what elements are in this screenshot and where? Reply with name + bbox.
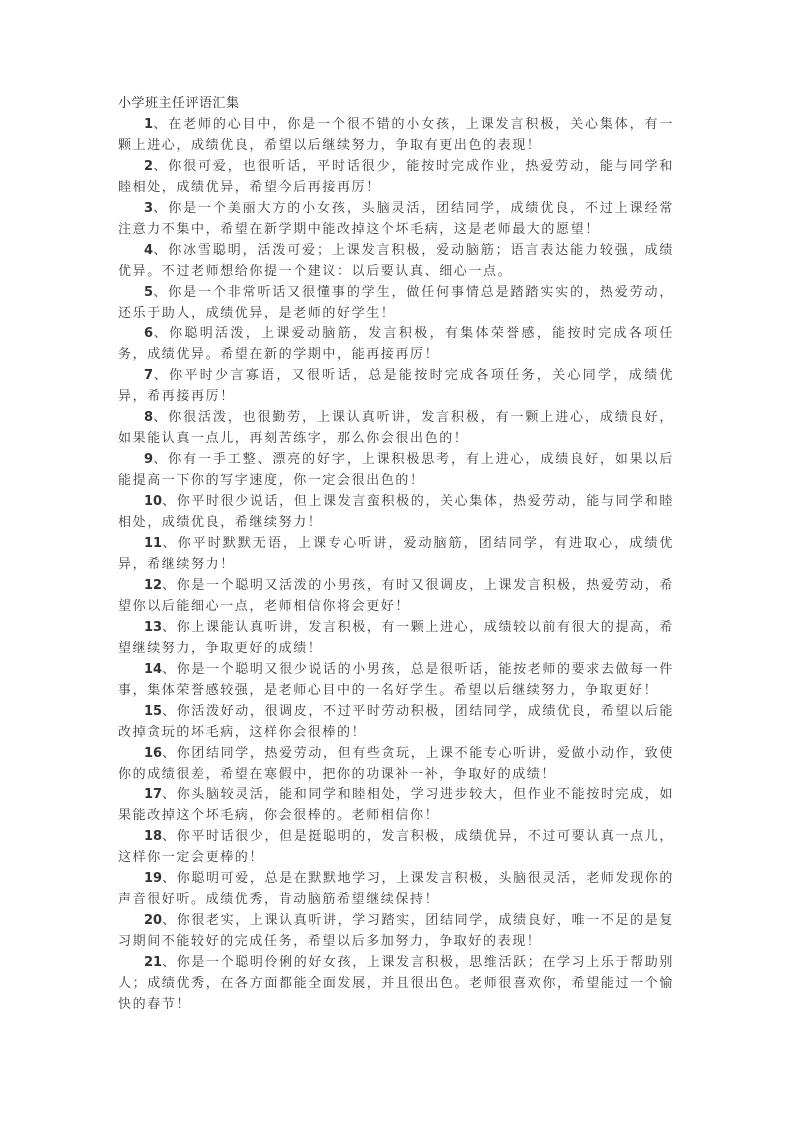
comment-list: 1、在老师的心目中，你是一个很不错的小女孩，上课发言积极，关心集体，有一颗上进心… xyxy=(118,115,674,1016)
comment-item: 20、你很老实，上课认真听讲，学习踏实，团结同学，成绩良好，唯一不足的是复习期间… xyxy=(118,911,674,953)
comment-item: 15、你活泼好动，很调皮，不过平时劳动积极，团结同学，成绩优良，希望以后能改掉贪… xyxy=(118,702,674,744)
comment-number: 5 xyxy=(144,285,153,300)
comment-text: 、你有一手工整、漂亮的好字，上课积极思考，有上进心，成绩良好，如果以后能提高一下… xyxy=(118,452,674,488)
comment-number: 20 xyxy=(144,913,162,928)
comment-number: 18 xyxy=(144,829,162,844)
comment-text: 、你团结同学，热爱劳动，但有些贪玩，上课不能专心听讲，爱做小动作，致使你的成绩很… xyxy=(118,746,674,782)
comment-item: 8、你很活泼，也很勤劳，上课认真听讲，发言积极，有一颗上进心，成绩良好，如果能认… xyxy=(118,408,674,450)
comment-item: 7、你平时少言寡语，又很听话，总是能按时完成各项任务，关心同学，成绩优异，希再接… xyxy=(118,366,674,408)
comment-number: 9 xyxy=(144,452,153,467)
comment-number: 4 xyxy=(144,243,153,258)
comment-item: 3、你是一个美丽大方的小女孩，头脑灵活，团结同学，成绩优良，不过上课经常注意力不… xyxy=(118,199,674,241)
document-title: 小学班主任评语汇集 xyxy=(118,94,674,115)
comment-number: 16 xyxy=(144,746,162,761)
comment-text: 、你平时默默无语，上课专心听讲，爱动脑筋，团结同学，有进取心，成绩优异，希继续努… xyxy=(118,536,674,572)
comment-item: 18、你平时话很少，但是挺聪明的，发言积极，成绩优异，不过可要认真一点儿，这样你… xyxy=(118,827,674,869)
comment-item: 21、你是一个聪明伶俐的好女孩，上课发言积极，思维活跃；在学习上乐于帮助别人；成… xyxy=(118,953,674,1016)
comment-number: 13 xyxy=(144,620,162,635)
comment-number: 7 xyxy=(144,368,153,383)
comment-number: 1 xyxy=(144,117,153,132)
comment-text: 、你很可爱，也很听话，平时话很少，能按时完成作业，热爱劳动，能与同学和睦相处，成… xyxy=(118,159,674,195)
comment-text: 、你平时少言寡语，又很听话，总是能按时完成各项任务，关心同学，成绩优异，希再接再… xyxy=(118,368,674,404)
comment-item: 10、你平时很少说话，但上课发言蛮积极的，关心集体，热爱劳动，能与同学和睦相处，… xyxy=(118,492,674,534)
comment-number: 6 xyxy=(144,326,153,341)
comment-text: 、你很活泼，也很勤劳，上课认真听讲，发言积极，有一颗上进心，成绩良好，如果能认真… xyxy=(118,410,674,446)
comment-number: 3 xyxy=(144,201,153,216)
comment-item: 17、你头脑较灵活，能和同学和睦相处，学习进步较大，但作业不能按时完成，如果能改… xyxy=(118,785,674,827)
comment-item: 16、你团结同学，热爱劳动，但有些贪玩，上课不能专心听讲，爱做小动作，致使你的成… xyxy=(118,744,674,786)
comment-number: 12 xyxy=(144,578,162,593)
comment-number: 14 xyxy=(144,662,162,677)
comment-text: 、你聪明活泼，上课爱动脑筋，发言积极，有集体荣誉感，能按时完成各项任务，成绩优异… xyxy=(118,326,674,362)
comment-text: 、你聪明可爱，总是在默默地学习，上课发言积极，头脑很灵活，老师发现你的声音很好听… xyxy=(118,871,674,907)
comment-item: 9、你有一手工整、漂亮的好字，上课积极思考，有上进心，成绩良好，如果以后能提高一… xyxy=(118,450,674,492)
comment-text: 、你上课能认真听讲，发言积极，有一颗上进心，成绩较以前有很大的提高，希望继续努力… xyxy=(118,620,674,656)
comment-text: 、你头脑较灵活，能和同学和睦相处，学习进步较大，但作业不能按时完成，如果能改掉这… xyxy=(118,787,674,823)
comment-number: 15 xyxy=(144,704,162,719)
comment-number: 17 xyxy=(144,787,162,802)
comment-text: 、你是一个美丽大方的小女孩，头脑灵活，团结同学，成绩优良，不过上课经常注意力不集… xyxy=(118,201,674,237)
comment-text: 、你活泼好动，很调皮，不过平时劳动积极，团结同学，成绩优良，希望以后能改掉贪玩的… xyxy=(118,704,674,740)
comment-item: 5、你是一个非常听话又很懂事的学生，做任何事情总是踏踏实实的，热爱劳动，还乐于助… xyxy=(118,283,674,325)
comment-item: 11、你平时默默无语，上课专心听讲，爱动脑筋，团结同学，有进取心，成绩优异，希继… xyxy=(118,534,674,576)
comment-text: 、你是一个聪明又活泼的小男孩，有时又很调皮，上课发言积极，热爱劳动，希望你以后能… xyxy=(118,578,674,614)
comment-item: 13、你上课能认真听讲，发言积极，有一颗上进心，成绩较以前有很大的提高，希望继续… xyxy=(118,618,674,660)
comment-item: 2、你很可爱，也很听话，平时话很少，能按时完成作业，热爱劳动，能与同学和睦相处，… xyxy=(118,157,674,199)
comment-text: 、你很老实，上课认真听讲，学习踏实，团结同学，成绩良好，唯一不足的是复习期间不能… xyxy=(118,913,674,949)
comment-item: 19、你聪明可爱，总是在默默地学习，上课发言积极，头脑很灵活，老师发现你的声音很… xyxy=(118,869,674,911)
comment-number: 8 xyxy=(144,410,153,425)
comment-text: 、你冰雪聪明，活泼可爱；上课发言积极，爱动脑筋；语言表达能力较强，成绩优异。不过… xyxy=(118,243,674,279)
comment-number: 19 xyxy=(144,871,162,886)
comment-number: 11 xyxy=(144,536,162,551)
comment-text: 、你平时很少说话，但上课发言蛮积极的，关心集体，热爱劳动，能与同学和睦相处，成绩… xyxy=(118,494,674,530)
comment-number: 21 xyxy=(144,955,162,970)
comment-text: 、你是一个聪明伶俐的好女孩，上课发言积极，思维活跃；在学习上乐于帮助别人；成绩优… xyxy=(118,955,674,1012)
comment-text: 、在老师的心目中，你是一个很不错的小女孩，上课发言积极，关心集体，有一颗上进心，… xyxy=(118,117,674,153)
comment-item: 4、你冰雪聪明，活泼可爱；上课发言积极，爱动脑筋；语言表达能力较强，成绩优异。不… xyxy=(118,241,674,283)
comment-text: 、你平时话很少，但是挺聪明的，发言积极，成绩优异，不过可要认真一点儿，这样你一定… xyxy=(118,829,674,865)
comment-number: 2 xyxy=(144,159,153,174)
document-page: 小学班主任评语汇集 1、在老师的心目中，你是一个很不错的小女孩，上课发言积极，关… xyxy=(118,94,674,1016)
comment-item: 6、你聪明活泼，上课爱动脑筋，发言积极，有集体荣誉感，能按时完成各项任务，成绩优… xyxy=(118,324,674,366)
comment-text: 、你是一个聪明又很少说话的小男孩，总是很听话，能按老师的要求去做每一件事，集体荣… xyxy=(118,662,674,698)
comment-item: 1、在老师的心目中，你是一个很不错的小女孩，上课发言积极，关心集体，有一颗上进心… xyxy=(118,115,674,157)
comment-item: 14、你是一个聪明又很少说话的小男孩，总是很听话，能按老师的要求去做每一件事，集… xyxy=(118,660,674,702)
comment-number: 10 xyxy=(144,494,162,509)
comment-item: 12、你是一个聪明又活泼的小男孩，有时又很调皮，上课发言积极，热爱劳动，希望你以… xyxy=(118,576,674,618)
comment-text: 、你是一个非常听话又很懂事的学生，做任何事情总是踏踏实实的，热爱劳动，还乐于助人… xyxy=(118,285,674,321)
